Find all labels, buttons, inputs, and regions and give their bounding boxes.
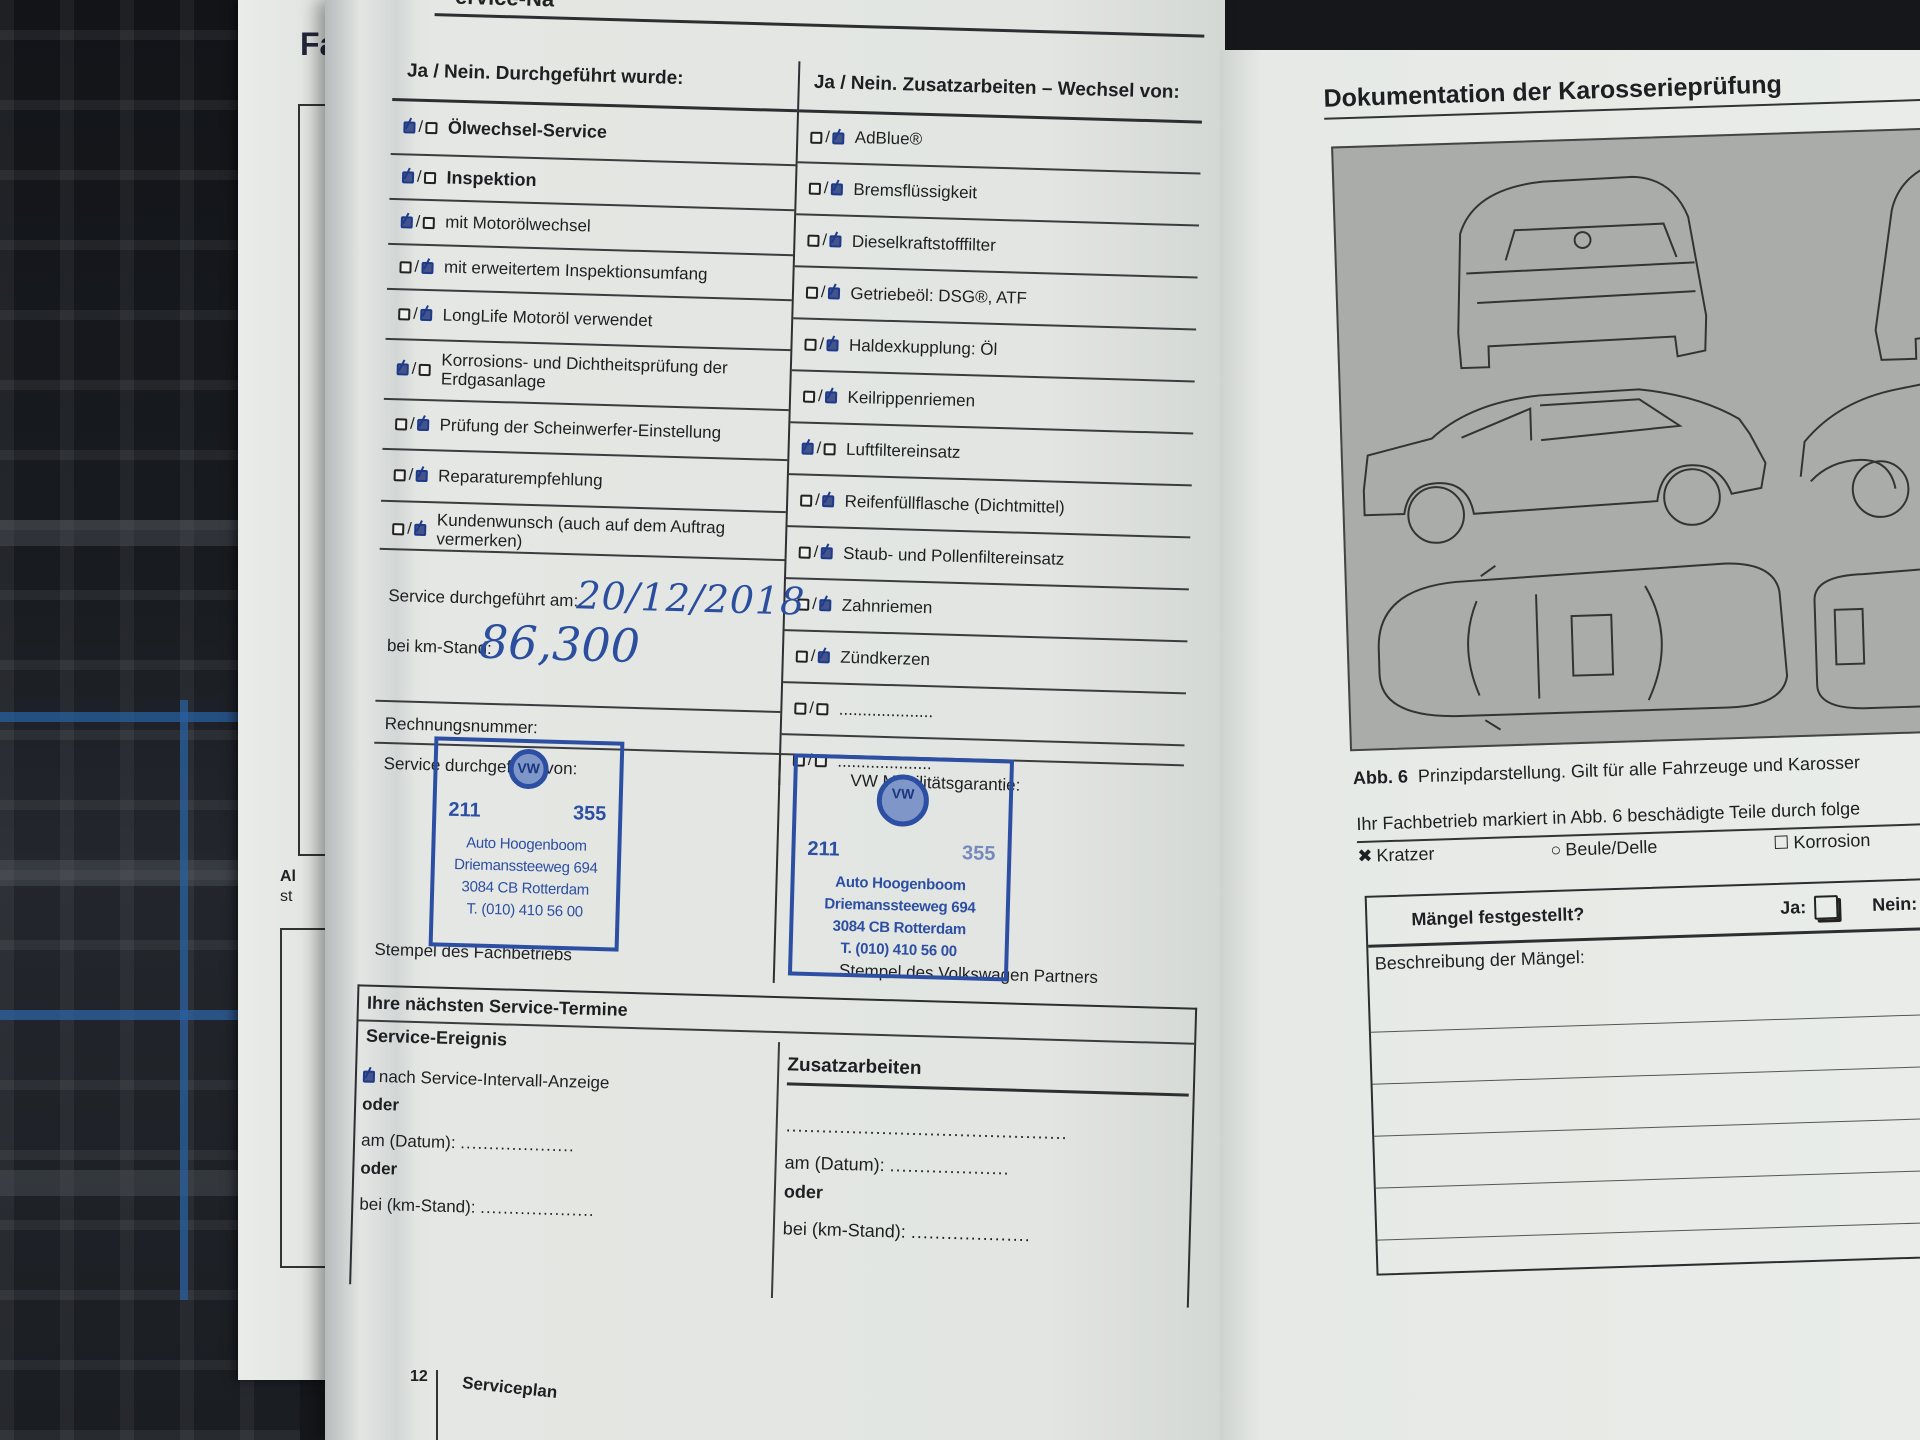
ja-checkbox[interactable] [401, 216, 413, 228]
nein-checkbox[interactable] [423, 216, 435, 228]
checklist-label: Ölwechsel-Service [448, 119, 608, 143]
defects-yes-checkbox[interactable] [1814, 895, 1839, 920]
ja-checkbox[interactable] [801, 443, 813, 455]
ja-checkbox[interactable] [803, 391, 815, 403]
nein-checkbox[interactable] [824, 443, 836, 455]
next-date-input[interactable]: .................... [460, 1133, 575, 1155]
partner-stamp: 211355 Auto Hoogenboom Driemanssteeweg 6… [788, 753, 1014, 981]
service-date-value[interactable]: 20/12/2018 [576, 573, 806, 623]
nein-checkbox[interactable] [830, 235, 842, 247]
ja-checkbox[interactable] [794, 702, 806, 714]
body-inspection-title: Dokumentation der Karosserieprüfung [1323, 65, 1920, 119]
checklist-label: Luftfiltereinsatz [846, 440, 961, 462]
vw-logo-icon [876, 774, 929, 827]
ja-checkbox[interactable] [804, 339, 816, 351]
checklist-label: Bremsflüssigkeit [853, 181, 977, 203]
ja-checkbox[interactable] [395, 418, 407, 430]
nein-checkbox[interactable] [828, 287, 840, 299]
nein-checkbox[interactable] [422, 261, 434, 273]
checklist-label: Prüfung der Scheinwerfer-Einstellung [439, 416, 721, 443]
ja-checkbox[interactable] [810, 131, 822, 143]
performed-services-column: Ja / Nein. Durchgeführt wurde: /Ölwechse… [379, 50, 798, 567]
nein-checkbox[interactable] [419, 364, 431, 376]
next-service-section: Ihre nächsten Service-Termine Service-Er… [349, 984, 1197, 1307]
extra-date-input[interactable]: .................... [889, 1155, 1010, 1178]
checklist-label: LongLife Motoröl verwendet [442, 306, 652, 331]
ja-checkbox[interactable] [398, 308, 410, 320]
service-event-column: nach Service-Intervall-Anzeige oder am (… [353, 1066, 777, 1226]
nein-checkbox[interactable] [415, 524, 427, 536]
checklist-label: Zahnriemen [841, 596, 932, 617]
ja-checkbox[interactable] [399, 261, 411, 273]
checklist-label: Keilrippenriemen [847, 388, 975, 410]
checklist-label: .................... [839, 700, 934, 721]
nein-checkbox[interactable] [820, 599, 832, 611]
checklist-label: Reifenfüllflasche (Dichtmittel) [844, 492, 1065, 517]
legend-item: ✖Kratzer [1357, 844, 1435, 867]
nein-checkbox[interactable] [831, 183, 843, 195]
checklist-label: mit erweitertem Inspektionsumfang [444, 259, 708, 285]
figure-caption: Abb. 6Prinzipdarstellung. Gilt für alle … [1353, 752, 1861, 789]
ja-checkbox[interactable] [796, 650, 808, 662]
scratch-icon: ✖ [1357, 846, 1373, 866]
corrosion-icon: ☐ [1773, 833, 1790, 853]
ja-checkbox[interactable] [807, 235, 819, 247]
nein-checkbox[interactable] [416, 470, 428, 482]
nein-checkbox[interactable] [822, 495, 834, 507]
service-form: ervice-Na Ja / Nein. Durchgeführt wurde:… [359, 0, 1205, 1322]
additional-work-column: Ja / Nein. Zusatzarbeiten – Wechsel von:… [778, 61, 1203, 796]
checklist-label: Inspektion [446, 168, 537, 190]
ja-checkbox[interactable] [403, 121, 415, 133]
odometer-value[interactable]: 86,300 [478, 615, 640, 673]
interval-option[interactable]: nach Service-Intervall-Anzeige [363, 1067, 771, 1098]
extra-work-column: Zusatzarbeiten .........................… [771, 1042, 1198, 1310]
nein-checkbox[interactable] [817, 703, 829, 715]
checklist-label: Dieselkraftstofffilter [852, 233, 996, 256]
legend-item: ☐Korrosion [1773, 830, 1871, 854]
ja-checkbox[interactable] [397, 363, 409, 375]
ja-checkbox[interactable] [806, 287, 818, 299]
interval-checkbox[interactable] [363, 1071, 375, 1083]
checklist-label: Getriebeöl: DSG®, ATF [850, 284, 1027, 308]
body-inspection-page: Dokumentation der Karosserieprüfung [1220, 50, 1920, 1440]
nein-checkbox[interactable] [821, 547, 833, 559]
next-km-input[interactable]: .................... [480, 1198, 595, 1220]
checklist-row: /Korrosions- und Dichtheitsprüfung der E… [384, 338, 791, 409]
vehicle-diagram[interactable] [1331, 127, 1920, 751]
nein-checkbox[interactable] [417, 419, 429, 431]
defects-section: Mängel festgestellt? Ja: Nein: Beschreib… [1365, 876, 1920, 1275]
ja-checkbox[interactable] [392, 523, 404, 535]
extra-work-input[interactable]: ........................................… [785, 1115, 1187, 1147]
checklist-label: Staub- und Pollenfiltereinsatz [843, 544, 1065, 569]
form-title: ervice-Na [455, 0, 555, 12]
dent-icon: ○ [1550, 840, 1561, 860]
legend-item: ○Beule/Delle [1550, 837, 1658, 861]
dealer-stamp: 211355 Auto Hoogenboom Driemanssteeweg 6… [429, 736, 625, 951]
car-outline-icon [1333, 129, 1920, 749]
ja-checkbox[interactable] [800, 495, 812, 507]
service-date-field: Service durchgeführt am: 20/12/2018 bei … [377, 548, 785, 669]
nein-checkbox[interactable] [421, 309, 433, 321]
checklist-label: Reparaturempfehlung [438, 467, 603, 490]
ja-checkbox[interactable] [799, 546, 811, 558]
checklist-label: Korrosions- und Dichtheitsprüfung der Er… [441, 352, 790, 399]
checklist-label: mit Motorölwechsel [445, 214, 591, 237]
service-record-page: ervice-Na Ja / Nein. Durchgeführt wurde:… [325, 0, 1225, 1440]
checklist-label: AdBlue® [855, 129, 923, 150]
checklist-label: Haldexkupplung: Öl [849, 336, 998, 359]
ja-checkbox[interactable] [402, 171, 414, 183]
ja-checkbox[interactable] [394, 469, 406, 481]
nein-checkbox[interactable] [827, 339, 839, 351]
nein-checkbox[interactable] [424, 171, 436, 183]
nein-checkbox[interactable] [426, 122, 438, 134]
checklist-label: Zündkerzen [840, 648, 930, 669]
nein-checkbox[interactable] [818, 651, 830, 663]
nein-checkbox[interactable] [825, 391, 837, 403]
page-number: 12 [410, 1368, 428, 1386]
nein-checkbox[interactable] [833, 132, 845, 144]
extra-km-input[interactable]: .................... [911, 1222, 1032, 1245]
vw-logo-icon [508, 748, 549, 789]
ja-checkbox[interactable] [809, 183, 821, 195]
